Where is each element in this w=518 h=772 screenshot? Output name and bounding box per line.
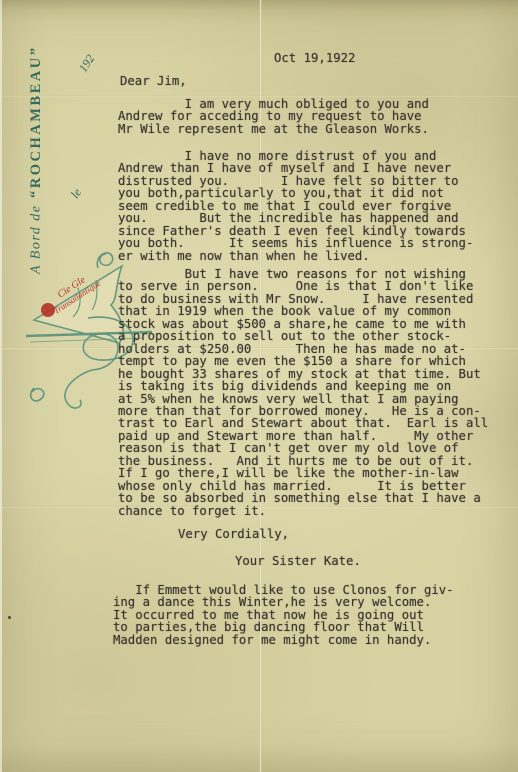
scanned-letter-page: A Bord de “ROCHAMBEAU” 192 le Cie Gle Tr… [0, 0, 518, 772]
letter-salutation: Dear Jim, [120, 75, 187, 87]
printed-dateline-le: le [68, 186, 85, 201]
letter-date: Oct 19,1922 [274, 52, 355, 64]
smoke-swirl [97, 253, 112, 268]
printed-dateline-year: 192 [76, 52, 98, 75]
rope-tail [65, 370, 92, 408]
letter-paragraph-1: I am very much obliged to you and Andrew… [118, 98, 429, 135]
paper-left-edge [0, 0, 2, 772]
letterhead-aboard-rochambeau: A Bord de “ROCHAMBEAU” [28, 24, 45, 274]
rope-swirl-small [31, 388, 44, 401]
letterhead-ship-name: “ROCHAMBEAU” [28, 46, 45, 198]
letter-paragraph-3: But I have two reasons for not wishing t… [118, 268, 488, 517]
ink-speck [8, 616, 11, 619]
letter-signature: Your Sister Kate. [235, 555, 361, 567]
letter-paragraph-2: I have no more distrust of you and Andre… [118, 150, 473, 262]
letter-postscript: If Emmett would like to use Clonos for g… [113, 584, 454, 646]
letter-valediction: Very Cordially, [178, 528, 289, 540]
